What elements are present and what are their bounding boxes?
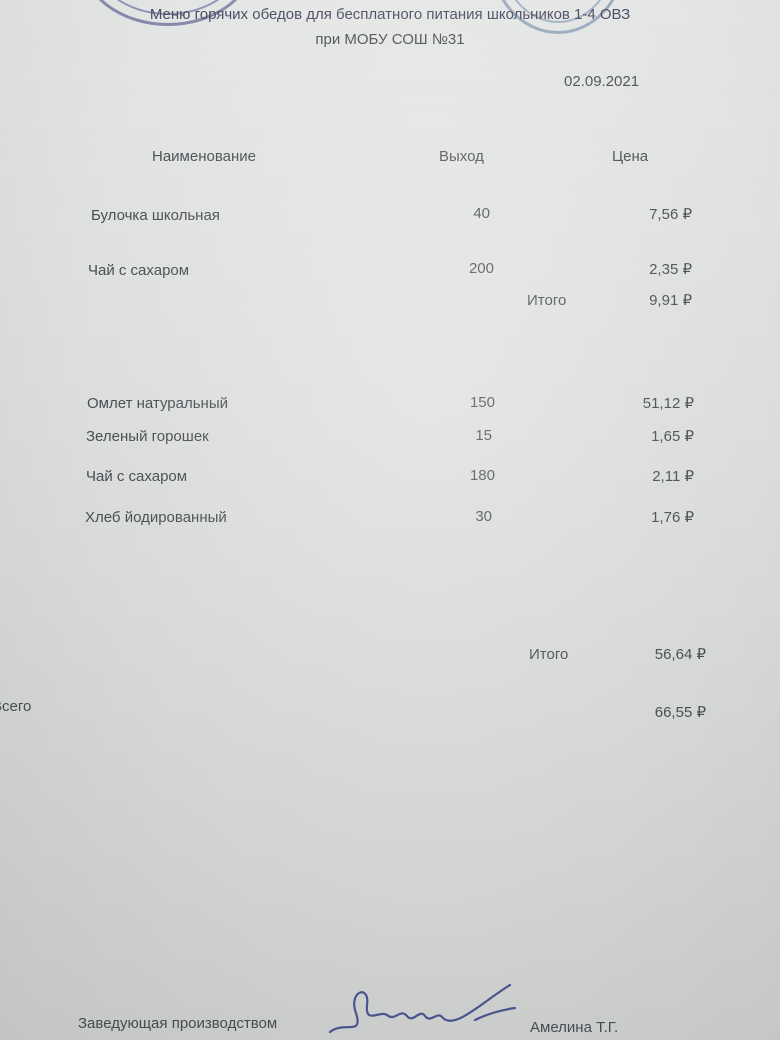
- document-subtitle: при МОБУ СОШ №31: [0, 31, 780, 48]
- item-name: Зеленый горошек: [86, 428, 209, 445]
- item-price: 2,35 ₽: [600, 260, 692, 278]
- grand-total-label: Всего: [0, 698, 31, 715]
- signatory-position: Заведующая производством: [78, 1015, 277, 1032]
- item-output: 30: [430, 508, 492, 525]
- item-name: Хлеб йодированный: [85, 509, 227, 526]
- item-price: 1,65 ₽: [600, 427, 694, 445]
- item-price: 1,76 ₽: [600, 508, 694, 526]
- item-name: Чай с сахаром: [88, 262, 189, 279]
- column-header-name: Наименование: [152, 148, 256, 165]
- item-price: 7,56 ₽: [600, 205, 692, 223]
- item-output: 15: [430, 427, 492, 444]
- document-title: Меню горячих обедов для бесплатного пита…: [0, 6, 780, 23]
- item-name: Чай с сахаром: [86, 468, 187, 485]
- subtotal-label: Итого: [527, 292, 566, 309]
- column-header-output: Выход: [439, 148, 484, 165]
- item-output: 180: [430, 467, 495, 484]
- item-name: Омлет натуральный: [87, 395, 228, 412]
- item-output: 150: [430, 394, 495, 411]
- item-price: 51,12 ₽: [600, 394, 694, 412]
- item-price: 2,11 ₽: [600, 467, 694, 485]
- column-header-price: Цена: [612, 148, 648, 165]
- signatory-name: Амелина Т.Г.: [530, 1019, 618, 1036]
- item-output: 40: [430, 205, 490, 222]
- item-output: 200: [430, 260, 494, 277]
- subtotal-value: 56,64 ₽: [600, 645, 706, 663]
- signature: [325, 980, 520, 1040]
- subtotal-label: Итого: [529, 646, 568, 663]
- item-name: Булочка школьная: [91, 207, 220, 224]
- subtotal-value: 9,91 ₽: [600, 291, 692, 309]
- grand-total-value: 66,55 ₽: [600, 703, 706, 721]
- document-date: 02.09.2021: [564, 73, 639, 90]
